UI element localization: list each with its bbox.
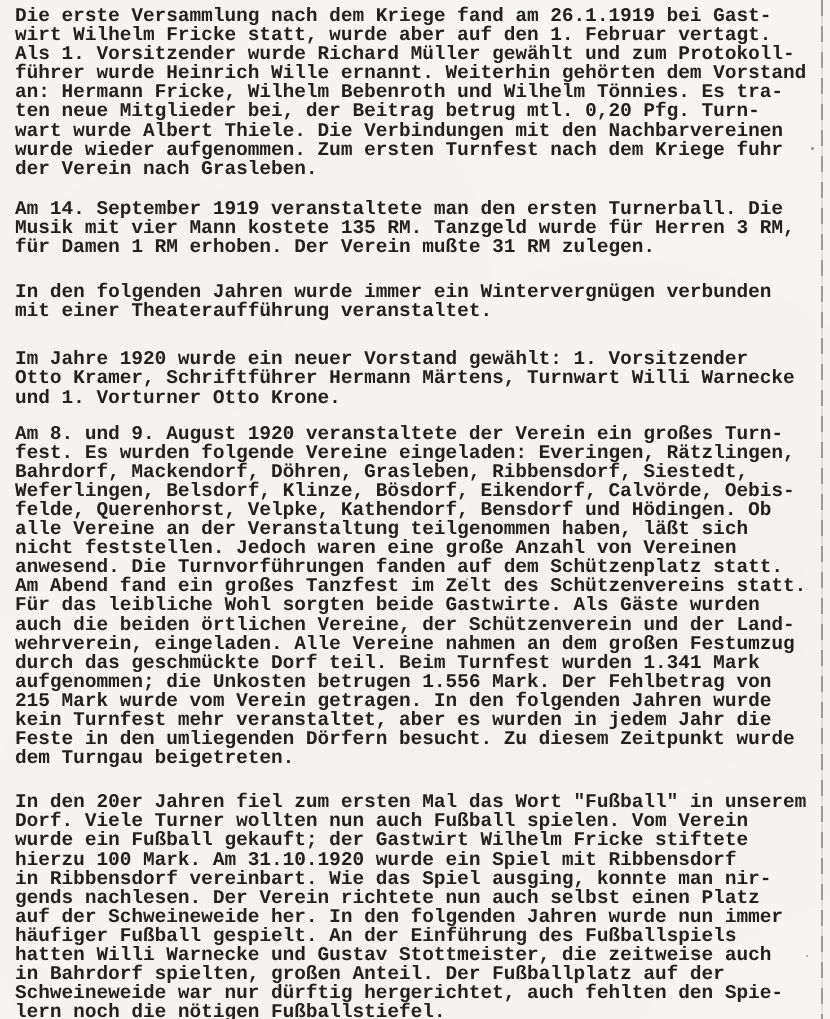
paragraph-2: Am 14. September 1919 veranstaltete man …: [15, 200, 815, 257]
paragraph-4: Im Jahre 1920 wurde ein neuer Vorstand g…: [15, 350, 815, 407]
paragraph-6: In den 20er Jahren fiel zum ersten Mal d…: [15, 793, 815, 1019]
scanned-page: Die erste Versammlung nach dem Kriege fa…: [0, 0, 830, 1019]
paragraph-5: Am 8. und 9. August 1920 veranstaltete d…: [15, 425, 815, 769]
paragraph-3: In den folgenden Jahren wurde immer ein …: [15, 283, 815, 321]
paragraph-1: Die erste Versammlung nach dem Kriege fa…: [15, 7, 815, 179]
page-text: Die erste Versammlung nach dem Kriege fa…: [15, 7, 815, 1019]
scan-edge-line: [821, 0, 823, 1019]
